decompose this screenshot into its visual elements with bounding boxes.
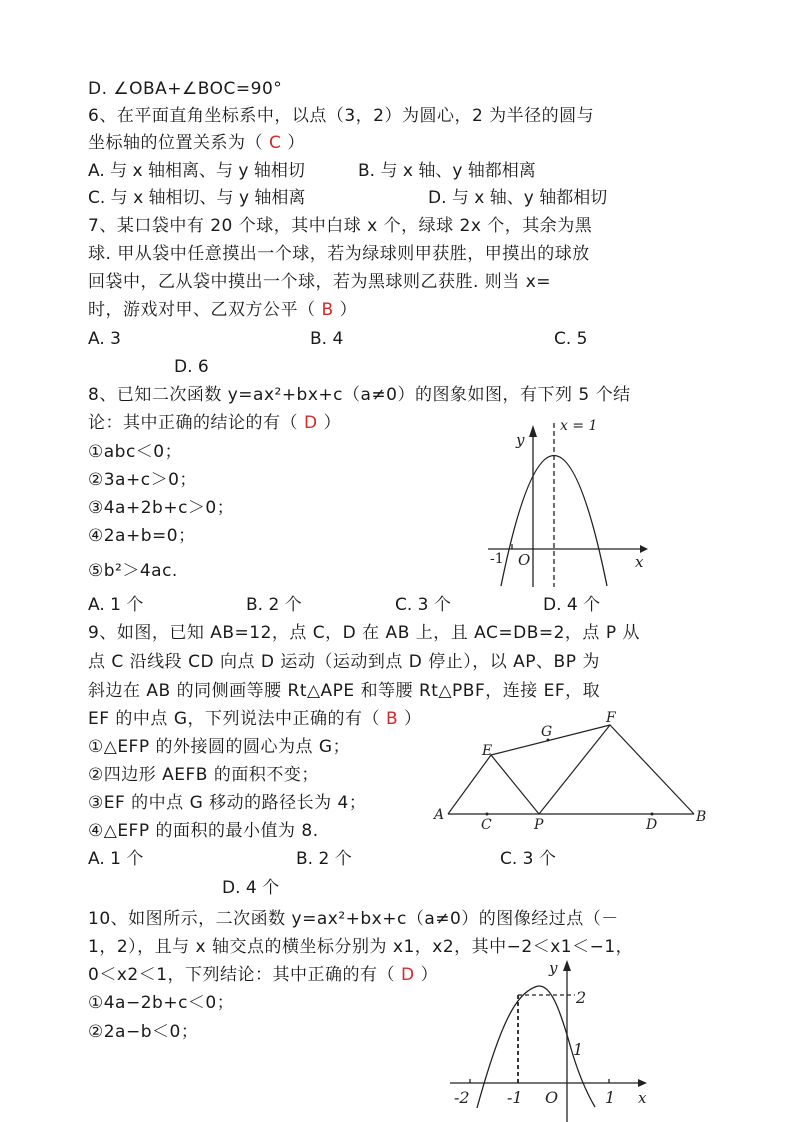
q10-answer: D bbox=[395, 965, 421, 985]
label-e: E bbox=[481, 743, 492, 759]
q8-statement-5: ⑤b²＞4ac. bbox=[88, 558, 178, 584]
q8-statement-1: ①abc＜0； bbox=[88, 439, 182, 465]
tick-neg1: -1 bbox=[507, 1088, 523, 1107]
label-d: D bbox=[645, 817, 657, 833]
q7-stem-pre: 时，游戏对甲、乙双方公平（ bbox=[88, 300, 316, 320]
q6-option-c: C. 与 x 轴相切、与 y 轴相离 bbox=[88, 185, 305, 211]
q9-option-a: A. 1 个 bbox=[88, 846, 143, 872]
q8-option-b: B. 2 个 bbox=[246, 592, 302, 618]
q7-answer: B bbox=[316, 300, 340, 320]
label-g: G bbox=[541, 724, 552, 740]
q10-stem-line1: 10、如图所示，二次函数 y=ax²+bx+c（a≠0）的图像经过点（－ bbox=[88, 906, 619, 932]
q7-option-b: B. 4 bbox=[310, 326, 343, 352]
x-label: x bbox=[635, 553, 644, 571]
q7-stem-line4: 时，游戏对甲、乙双方公平（B） bbox=[88, 297, 357, 323]
q9-stem-pre: EF 的中点 G，下列说法中正确的有（ bbox=[88, 709, 380, 729]
q9-stem-line4: EF 的中点 G，下列说法中正确的有（B） bbox=[88, 706, 422, 732]
q10-stem-post: ） bbox=[421, 965, 439, 985]
tick-neg2: -2 bbox=[454, 1088, 470, 1107]
label-b: B bbox=[695, 809, 706, 825]
q9-stem-line3: 斜边在 AB 的同侧画等腰 Rt△APE 和等腰 Rt△PBF，连接 EF，取 bbox=[88, 678, 600, 704]
triangle-pbf bbox=[539, 725, 694, 814]
q9-option-c: C. 3 个 bbox=[500, 846, 556, 872]
q7-stem-line3: 回袋中，乙从袋中摸出一个球，若为黑球则乙获胜. 则当 x= bbox=[88, 269, 551, 295]
q9-statement-1: ①△EFP 的外接圆的圆心为点 G； bbox=[88, 734, 350, 760]
q6-stem-post: ） bbox=[287, 133, 305, 153]
q9-triangle-figure: A B C D P E F G bbox=[430, 705, 710, 835]
q10-statement-1: ①4a−2b+c＜0； bbox=[88, 990, 234, 1016]
q8-parabola-figure: x = 1 y x O -1 bbox=[480, 415, 650, 590]
tick-y2: 2 bbox=[575, 988, 586, 1007]
label-a: A bbox=[432, 807, 444, 823]
q9-stem-post: ） bbox=[404, 709, 422, 729]
q8-option-a: A. 1 个 bbox=[88, 592, 143, 618]
q6-answer: C bbox=[263, 133, 287, 153]
q8-statement-4: ④2a+b=0； bbox=[88, 523, 196, 549]
q6-stem-pre: 坐标轴的位置关系为（ bbox=[88, 133, 263, 153]
q10-statement-2: ②2a−b＜0； bbox=[88, 1019, 198, 1045]
y-label: y bbox=[515, 431, 525, 449]
q9-statement-2: ②四边形 AEFB 的面积不变； bbox=[88, 762, 319, 788]
q6-stem-line2: 坐标轴的位置关系为（C） bbox=[88, 130, 305, 156]
q9-answer: B bbox=[380, 709, 404, 729]
q9-stem-line2: 点 C 沿线段 CD 向点 D 运动（运动到点 D 停止），以 AP、BP 为 bbox=[88, 649, 600, 675]
q8-option-d: D. 4 个 bbox=[543, 592, 600, 618]
q8-stem-post: ） bbox=[324, 413, 342, 433]
x-label: x bbox=[638, 1089, 647, 1107]
origin-label: O bbox=[545, 1088, 558, 1107]
q6-stem-line1: 6、在平面直角坐标系中，以点（3，2）为圆心，2 为半径的圆与 bbox=[88, 103, 594, 129]
q5-option-d: D. ∠OBA+∠BOC=90° bbox=[88, 76, 282, 102]
origin-label: O bbox=[518, 551, 530, 569]
q8-answer: D bbox=[298, 413, 324, 433]
q8-option-c: C. 3 个 bbox=[395, 592, 451, 618]
q8-stem-line1: 8、已知二次函数 y=ax²+bx+c（a≠0）的图象如图，有下列 5 个结 bbox=[88, 382, 631, 408]
q9-statement-4: ④△EFP 的面积的最小值为 8. bbox=[88, 818, 319, 844]
q7-option-a: A. 3 bbox=[88, 326, 121, 352]
label-c: C bbox=[481, 817, 492, 833]
q6-option-b: B. 与 x 轴、y 轴都相离 bbox=[358, 158, 536, 184]
tick-y1: 1 bbox=[573, 1040, 583, 1059]
q6-option-d: D. 与 x 轴、y 轴都相切 bbox=[428, 185, 607, 211]
y-label: y bbox=[548, 959, 558, 977]
q7-stem-line2: 球. 甲从袋中任意摸出一个球，若为绿球则甲获胜，甲摸出的球放 bbox=[88, 241, 590, 267]
q8-stem-line2: 论：其中正确的结论的有（D） bbox=[88, 410, 341, 436]
q7-option-d: D. 6 bbox=[174, 354, 209, 380]
q9-statement-3: ③EF 的中点 G 移动的路径长为 4； bbox=[88, 790, 366, 816]
axis-line-label: x = 1 bbox=[560, 418, 597, 434]
tick-label-neg1: -1 bbox=[490, 551, 504, 567]
triangle-ape bbox=[448, 755, 539, 814]
q7-stem-post: ） bbox=[340, 300, 358, 320]
q9-option-b: B. 2 个 bbox=[296, 846, 352, 872]
q7-stem-line1: 7、某口袋中有 20 个球，其中白球 x 个，绿球 2x 个，其余为黑 bbox=[88, 213, 592, 239]
q8-stem-pre: 论：其中正确的结论的有（ bbox=[88, 413, 298, 433]
q6-option-a: A. 与 x 轴相离、与 y 轴相切 bbox=[88, 158, 305, 184]
label-f: F bbox=[605, 710, 617, 726]
q10-stem-pre: 0＜x2＜1，下列结论：其中正确的有（ bbox=[88, 965, 395, 985]
q7-option-c: C. 5 bbox=[554, 326, 588, 352]
q10-parabola-figure: -2 -1 1 1 2 y x O bbox=[445, 955, 660, 1122]
q9-option-d: D. 4 个 bbox=[222, 875, 279, 901]
q8-statement-2: ②3a+c＞0； bbox=[88, 467, 197, 493]
q9-stem-line1: 9、如图，已知 AB=12，点 C，D 在 AB 上，且 AC=DB=2，点 P… bbox=[88, 620, 640, 646]
tick-1: 1 bbox=[605, 1088, 615, 1107]
q8-statement-3: ③4a+2b+c＞0； bbox=[88, 495, 234, 521]
q10-stem-line3: 0＜x2＜1，下列结论：其中正确的有（D） bbox=[88, 962, 438, 988]
label-p: P bbox=[533, 817, 544, 833]
